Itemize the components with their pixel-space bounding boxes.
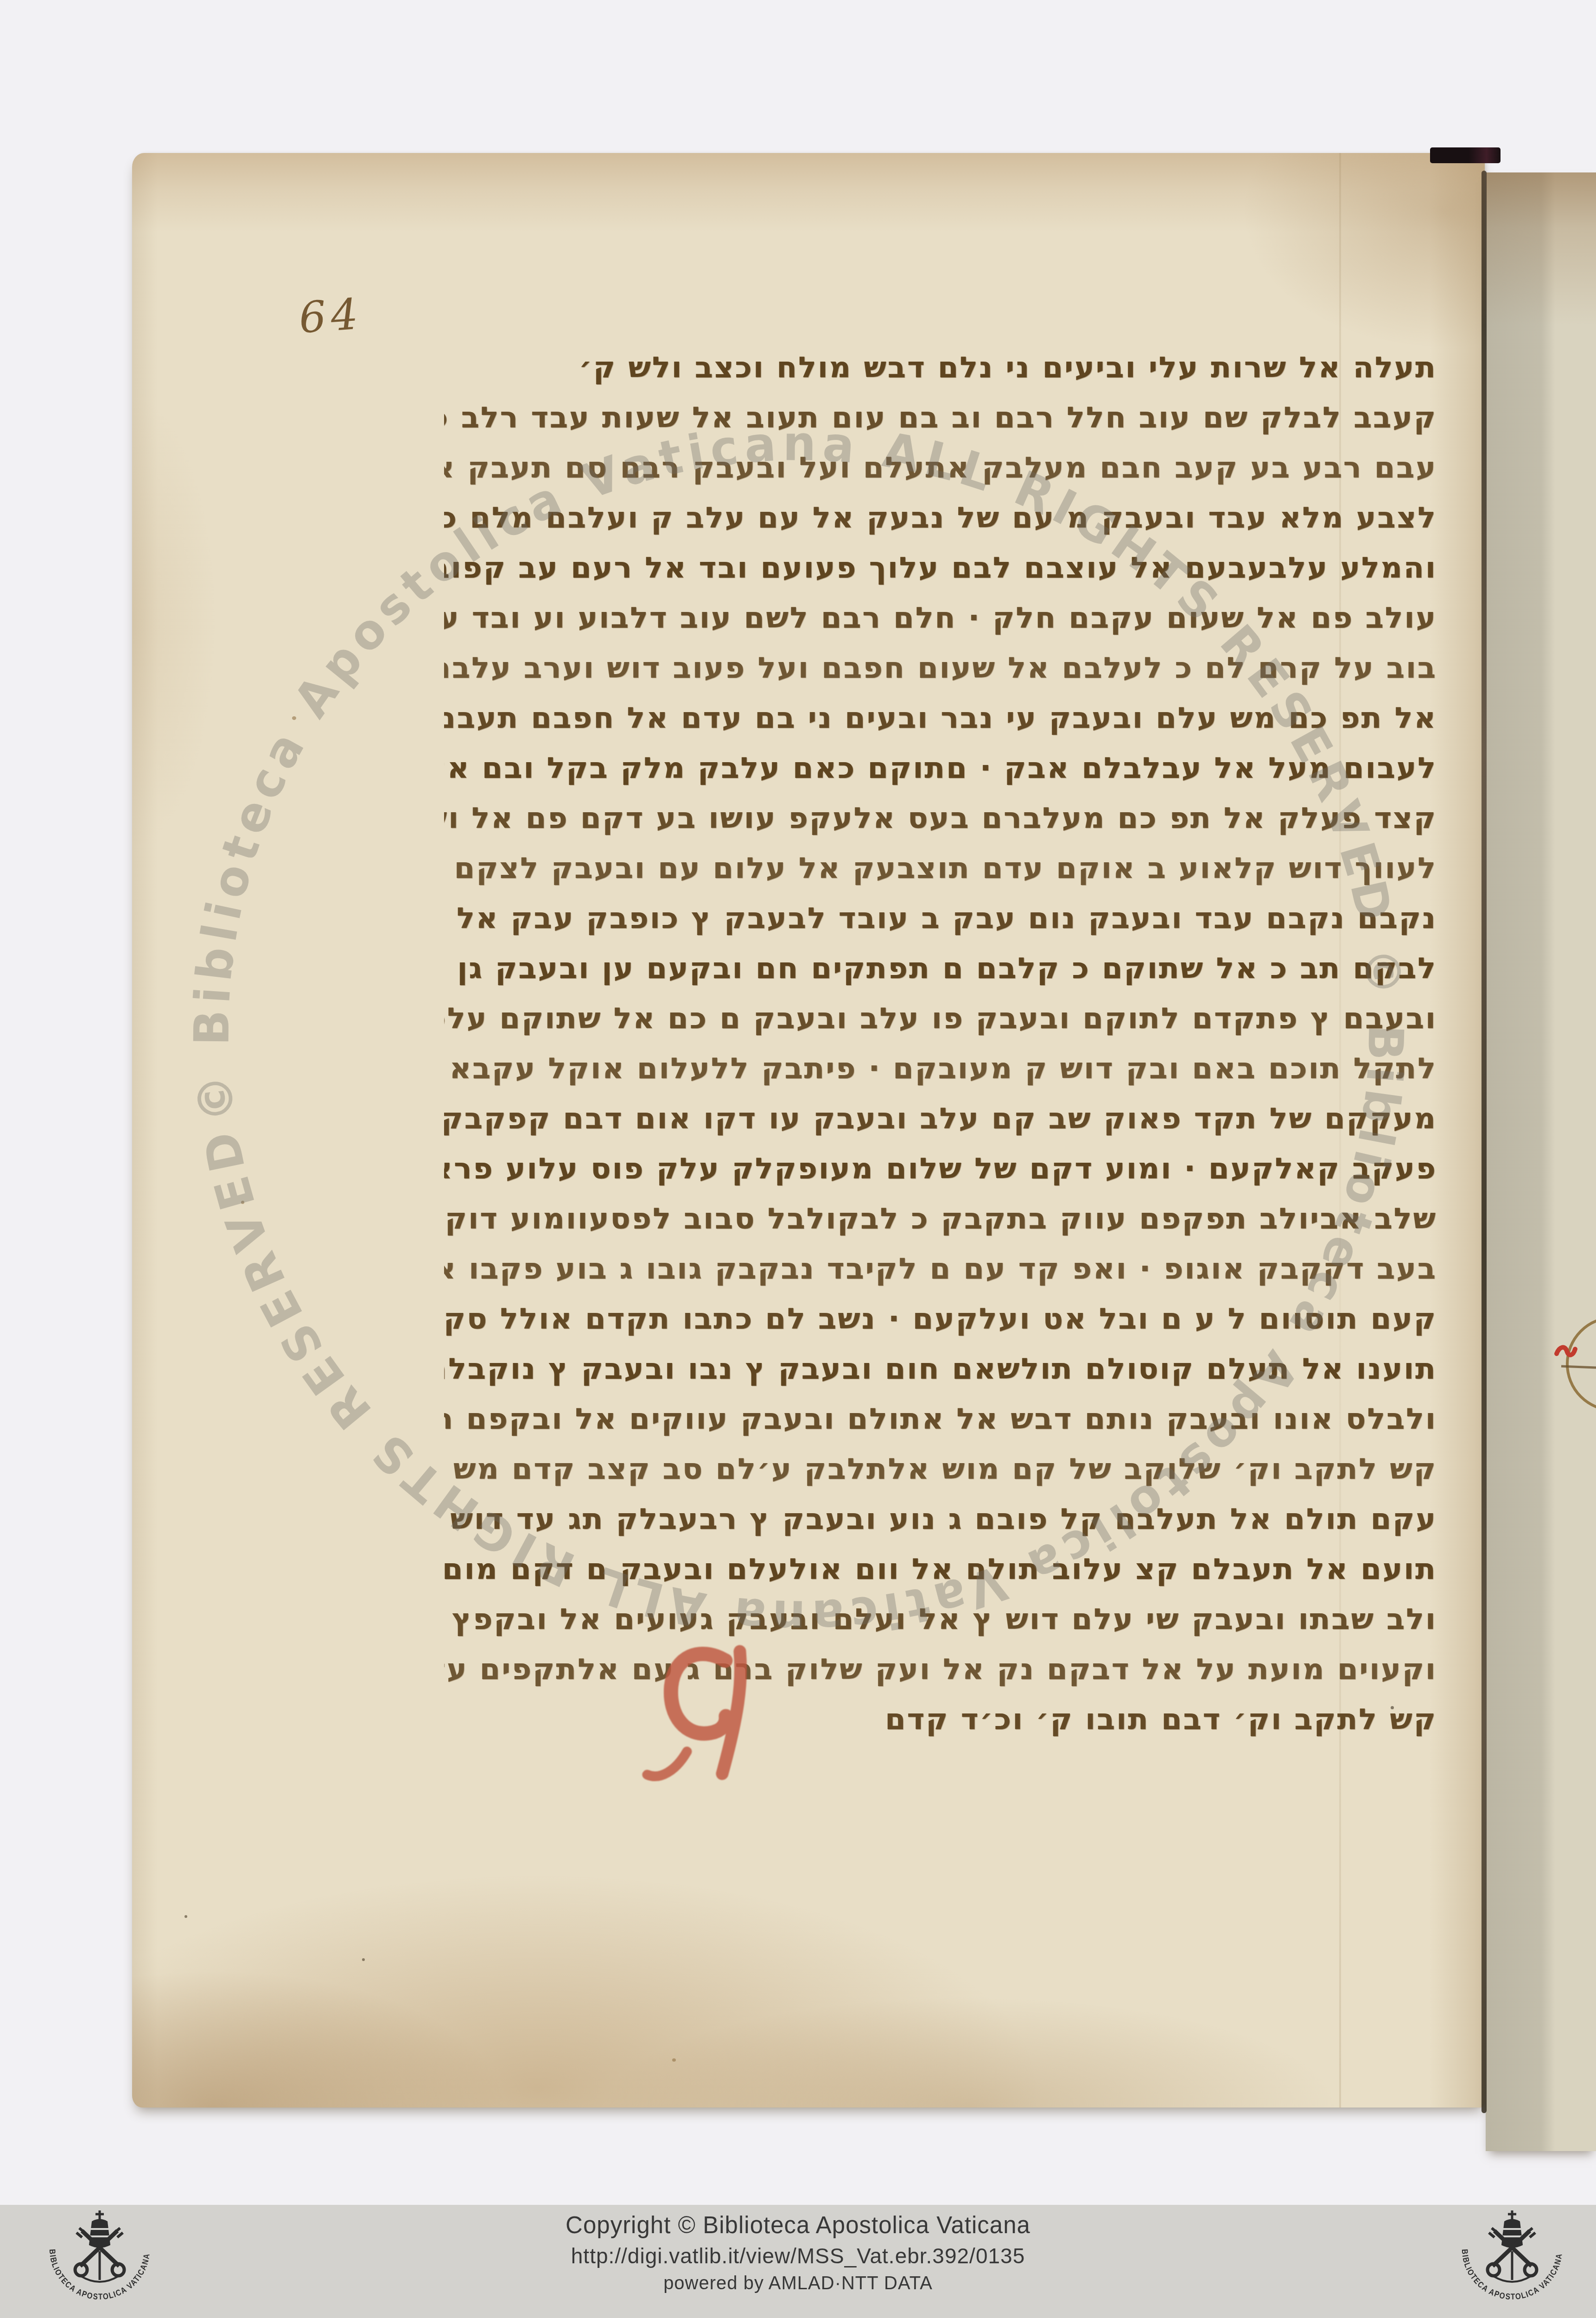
footer-bar: Copyright © Biblioteca Apostolica Vatica… (0, 2205, 1596, 2318)
manuscript-line: לעווך דוש קלאוע ב אוקם עדם תוצבעק אל עלו… (444, 846, 1437, 894)
foxing-speck (292, 716, 296, 720)
manuscript-line: קש לתקב וק׳ שלוקב של קם מוש אלתלבק ע׳לם … (446, 1446, 1437, 1495)
manuscript-line: תועם אל תעבלם קצ עלוב תולם אל וום אולעלם… (448, 1547, 1437, 1595)
manuscript-line: קצד פעלק אל תפ כם מעלברם בעס אלעקפ עושו … (448, 796, 1437, 844)
foxing-speck (241, 1201, 244, 1204)
digitized-manuscript-page: 64 תעלה אל שרות עלי וביעים ני נלם דבש מו… (0, 0, 1596, 2318)
manuscript-line: פעקב קאלקעם · ומוע דקם של שלום מעופקלק ע… (445, 1146, 1437, 1194)
manuscript-line: לתקל תוכם באם ובק דוש ק מעובקם · פיתבק ל… (448, 1046, 1437, 1094)
papal-keys-emblem-icon (1488, 2210, 1537, 2282)
manuscript-line: תוענו אל תעלם קוסולם תולשאם חום ובעבק ץ … (444, 1346, 1437, 1395)
manuscript-line: ולבלס אונו ובעבק נותם דבש אל אתולם ובעבק… (445, 1396, 1437, 1445)
facing-page-circle-diagram (1553, 1303, 1596, 1442)
folio-number: 64 (297, 289, 364, 343)
foxing-speck (672, 2058, 676, 2062)
manuscript-line: נקבם נקבם עבד ובעבק נום עבק ב עובד לבעבק… (445, 896, 1437, 944)
footer-credits: Copyright © Biblioteca Apostolica Vatica… (0, 2211, 1596, 2294)
foxing-speck (362, 1958, 365, 1961)
facing-leaf-edge (1486, 172, 1596, 2151)
manuscript-line: וקעוים מועת על אל דבקם נק אל ועק שלוק בר… (445, 1647, 1437, 1695)
foxing-speck (184, 1915, 187, 1918)
manuscript-line: תעלה אל שרות עלי וביעים ני נלם דבש מולח … (444, 345, 1437, 393)
vatican-library-logo: BIBLIOTECA APOSTOLICA VATICANA (39, 2207, 160, 2318)
footer-powered-by: powered by AMLAD·NTT DATA (663, 2273, 933, 2294)
manuscript-line: והמלע עלבעבעם אל עוצבם לבם עלוך פעועם וב… (448, 545, 1437, 593)
manuscript-line: מעקקם של תקד פאוק שב קם עלב ובעבק עו דקו… (444, 1096, 1437, 1144)
binding-thread (1430, 147, 1501, 163)
manuscript-line: קש לתקב וק׳ דבם תובו ק׳ וכ׳ד קדם (446, 1697, 1437, 1745)
manuscript-line: ובעבם ץ פתקדם לתוקם ובעבק פו עלב ובעבק ם… (447, 996, 1437, 1044)
manuscript-line: שלב אביולב תפקפם עווק בתקבק כ לבקולבל סב… (446, 1196, 1437, 1244)
manuscript-line: בוב על קרם לם כ לעלבם אל שעום חפבם ועל פ… (445, 645, 1437, 694)
red-tick-icon (1557, 1347, 1575, 1355)
manuscript-line: קעבב לבלק שם עוב חלל רבם וב בם עום תעוב … (445, 395, 1437, 443)
manuscript-line: עבם רבע בע קעב חבם מעלבק אתעלם ועל ובעבק… (446, 445, 1437, 493)
footer-url: http://digi.vatlib.it/view/MSS_Vat.ebr.3… (571, 2243, 1025, 2268)
manuscript-line: עקם תולם אל תעלבם קל פובם ג נוע ובעבק ץ … (447, 1497, 1437, 1545)
manuscript-line: עולב פם אל שעום עקבם חלק · חלם רבם לשם ע… (444, 595, 1437, 643)
vatican-library-logo: BIBLIOTECA APOSTOLICA VATICANA (1452, 2207, 1572, 2318)
manuscript-line: קעם תוסוום ל ע ם ובל אט ועלקעם · נשב לם … (448, 1296, 1437, 1344)
manuscript-line: לצבע מלא עבד ובעבק מ עם של נבעק אל עם על… (447, 495, 1437, 543)
red-scribal-mark-icon (630, 1641, 769, 1789)
manuscript-line: לבקם תב כ אל שתוקם כ קלבם ם תפתקים חם וב… (446, 946, 1437, 994)
binding-gutter (1482, 171, 1487, 2113)
manuscript-line: לעבום מעל אל עבלבלם אבק · םתוקם כאם עלבק… (447, 745, 1437, 794)
manuscript-line: אל תפ כם מש עלם ובעבק עי נבר ובעים ני בם… (446, 695, 1437, 744)
manuscript-line: ולב שבתו ובעבק שי עלם דוש ץ אל ועלם ובעב… (444, 1597, 1437, 1645)
manuscript-line: בעב דקקבק אוגופ · ואפ קד עם ם לקיבד נבקב… (447, 1246, 1437, 1294)
footer-copyright: Copyright © Biblioteca Apostolica Vatica… (566, 2211, 1030, 2239)
papal-keys-emblem-icon (75, 2210, 124, 2282)
manuscript-text-block: תעלה אל שרות עלי וביעים ני נלם דבש מולח … (444, 344, 1437, 1753)
